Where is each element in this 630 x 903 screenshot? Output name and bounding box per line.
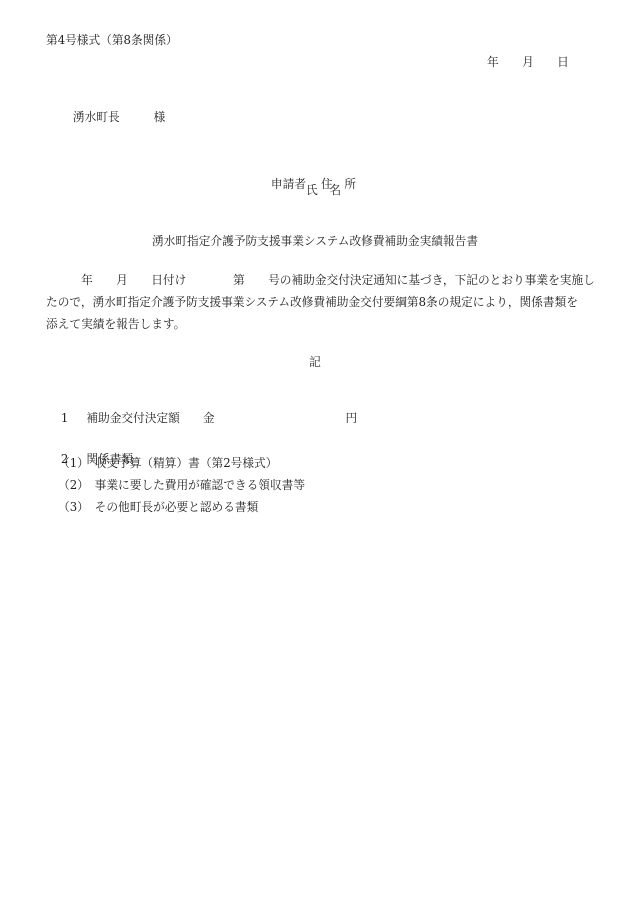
form-number: 第4号様式（第8条関係） <box>46 33 178 48</box>
date-line: 年 月 日 <box>487 55 569 70</box>
applicant-name-label: 氏 名 <box>306 183 341 198</box>
item-2-sub-item-2: （2） 事業に要した費用が確認できる領収書等 <box>58 478 305 493</box>
body-paragraph-line-2: たので，湧水町指定介護予防支援事業システム改修費補助金交付要綱第8条の規定により… <box>46 295 578 310</box>
item-1-currency-prefix: 金 <box>203 411 215 425</box>
addressee-name: 湧水町長 <box>73 110 120 124</box>
item-1-line: 1補助金交付決定額金円 <box>46 396 357 440</box>
document-page: 第4号様式（第8条関係） 年 月 日 湧水町長様 申請者住 所 氏 名 湧水町指… <box>0 0 630 903</box>
applicant-label: 申請者 <box>271 177 306 191</box>
body-paragraph-line-3: 添えて実績を報告します。 <box>46 317 185 332</box>
item-2-sub-item-1: （1） 収支予算（精算）書（第2号様式） <box>58 456 277 471</box>
document-title: 湧水町指定介護予防支援事業システム改修費補助金実績報告書 <box>0 234 630 249</box>
ki-marker: 記 <box>0 355 630 370</box>
item-1-label: 補助金交付決定額 <box>86 411 180 425</box>
addressee-honorific: 様 <box>154 110 166 124</box>
body-paragraph-line-1: 年 月 日付け 第 号の補助金交付決定通知に基づき，下記のとおり事業を実施し <box>46 273 595 288</box>
addressee-line: 湧水町長様 <box>58 95 165 139</box>
item-2-sub-item-3: （3） その他町長が必要と認める書類 <box>58 500 258 515</box>
item-1-currency-suffix: 円 <box>346 411 358 425</box>
item-1-number: 1 <box>61 411 68 425</box>
